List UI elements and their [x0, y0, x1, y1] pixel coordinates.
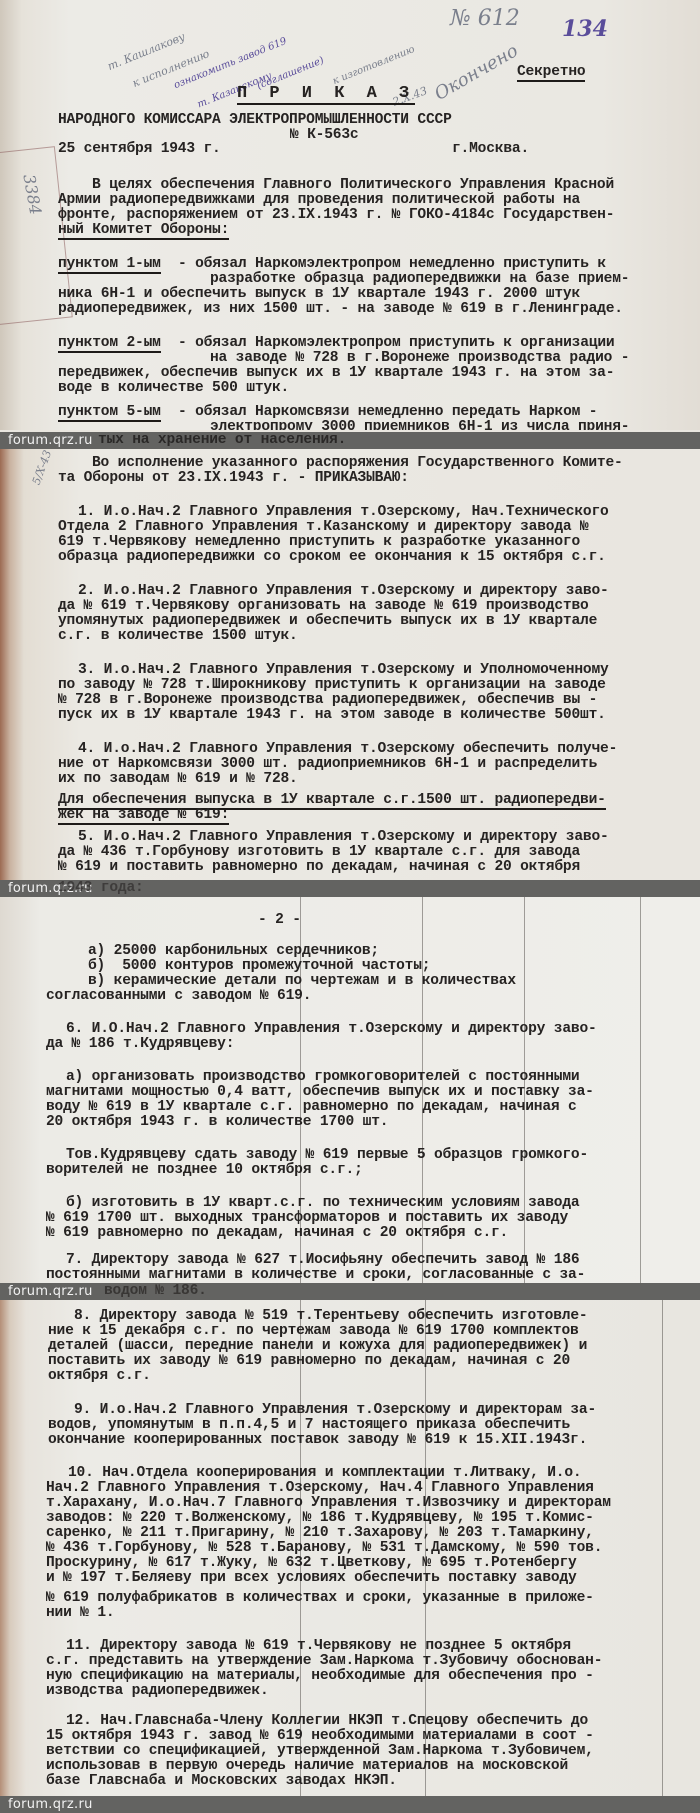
item-line: ную спецификацию на материалы, необходим…: [46, 1668, 594, 1684]
point-line: - обязал Наркомсвязи немедленно передать…: [178, 404, 597, 420]
point-line: - обязал Наркомэлектропром приступить к …: [178, 335, 614, 351]
item-line: № 619 1700 шт. выходных трансформаторов …: [46, 1210, 568, 1226]
order-number: № К-563с: [290, 127, 358, 143]
item-line: 15 октября 1943 г. завод № 619 необходим…: [46, 1728, 594, 1744]
preamble-line: Армии радиопередвижками для проведения п…: [58, 192, 580, 208]
item-line: 2. И.о.Нач.2 Главного Управления т.Озерс…: [78, 583, 609, 599]
item-line: 9. И.о.Нач.2 Главного Управления т.Озерс…: [74, 1402, 596, 1418]
item-line: Отдела 2 Главного Управления т.Казанском…: [58, 519, 589, 535]
item-line: октября с.г.: [48, 1368, 151, 1384]
document-strip-2: 5/X-43 Во исполнение указанного распоряж…: [0, 449, 700, 880]
item-line: Тов.Кудрявцеву сдать заводу № 619 первые…: [66, 1147, 588, 1163]
watermark-bar: forum.qrz.ru: [0, 1796, 700, 1813]
page-marker: - 2 -: [258, 912, 301, 928]
item-line: использовав в первую очередь наличие мат…: [46, 1758, 568, 1774]
item-line: 20 октября 1943 г. в количестве 1700 шт.: [46, 1114, 388, 1130]
item-line: постоянными магнитами в количестве и сро…: [46, 1267, 585, 1283]
item-line: ние от Наркомсвязи 3000 шт. радиоприемни…: [58, 756, 597, 772]
item-line: № 619 полуфабрикатов в количествах и сро…: [46, 1590, 594, 1606]
item-line: 3. И.о.Нач.2 Главного Управления т.Озерс…: [78, 662, 609, 678]
item-line: да № 619 т.Червякову организовать на зав…: [58, 598, 589, 614]
point-label: пунктом 1-ым: [58, 256, 161, 274]
item-line: поставить их заводу № 619 равномерно по …: [48, 1353, 570, 1369]
item-line: № 619 и поставить равномерно по декадам,…: [58, 859, 580, 875]
item-line: нии № 1.: [46, 1605, 114, 1621]
point-label: пунктом 5-ым: [58, 404, 161, 422]
secrecy-label: Секретно: [517, 64, 585, 82]
item-line: окончание кооперированных поставок завод…: [48, 1432, 587, 1448]
item-line: 10. Нач.Отдела кооперирования и комплект…: [68, 1465, 581, 1481]
point-line: на заводе № 728 в г.Воронеже производств…: [210, 350, 629, 366]
item-line: их по заводам № 619 и № 728.: [58, 771, 298, 787]
item-line: 6. И.О.Нач.2 Главного Управления т.Озерс…: [66, 1021, 597, 1037]
point-line: разработке образца радиопередвижки на ба…: [210, 271, 629, 287]
item-line: 1. И.о.Нач.2 Главного Управления т.Озерс…: [78, 504, 609, 520]
item-line: Нач.2 Главного Управления т.Озерскому, Н…: [46, 1480, 594, 1496]
subitem-line: б) 5000 контуров промежуточной частоты;: [88, 958, 430, 974]
item-line: ние к 15 декабря с.г. по чертежам завода…: [48, 1323, 579, 1339]
intro-line: Во исполнение указанного распоряжения Го…: [92, 455, 623, 471]
point-line: - обязал Наркомэлектропром немедленно пр…: [178, 256, 606, 272]
item-line: № 619 равномерно по декадам, начиная с 2…: [46, 1225, 508, 1241]
item-line: да № 436 т.Горбунову изготовить в 1У ква…: [58, 844, 580, 860]
item-line: 11. Директору завода № 619 т.Червякову н…: [66, 1638, 571, 1654]
document-strip-3: - 2 - а) 25000 карбонильных сердечников;…: [0, 897, 700, 1283]
order-date: 25 сентября 1943 г.: [58, 141, 221, 157]
subitem-line: согласованными с заводом № 619.: [46, 988, 311, 1004]
item-line: по заводу № 728 т.Широкникову приступить…: [58, 677, 606, 693]
scanned-order-document: № 612 134 т. Кашлакову к исполнению озна…: [0, 0, 700, 1813]
item-line: 619 т.Червякову немедленно приступить к …: [58, 534, 580, 550]
item-line: Проскурину, № 617 т.Жуку, № 632 т.Цветко…: [46, 1555, 577, 1571]
point-label: пунктом 2-ым: [58, 335, 161, 353]
document-strip-4: 8. Директору завода № 519 т.Терентьеву о…: [0, 1300, 700, 1796]
item-line: да № 186 т.Кудрявцеву:: [46, 1036, 234, 1052]
handwritten-signature: Окончено: [431, 40, 522, 105]
point-line: передвижек, обеспечив выпуск их в 1У ква…: [58, 365, 614, 381]
order-place: г.Москва.: [452, 141, 529, 157]
item-line: пуск их в 1У квартале 1943 г. на этом за…: [58, 707, 606, 723]
section-heading: жек на заводе № 619:: [58, 807, 229, 825]
subitem-line: в) керамические детали по чертежам и в к…: [88, 973, 516, 989]
handwritten-note: к изготовлению: [331, 44, 416, 87]
document-subtitle: НАРОДНОГО КОМИССАРА ЭЛЕКТРОПРОМЫШЛЕННОСТ…: [58, 112, 452, 128]
preamble-line: В целях обеспечения Главного Политическо…: [92, 177, 614, 193]
document-strip-1: № 612 134 т. Кашлакову к исполнению озна…: [0, 0, 700, 430]
item-line: 12. Нач.Главснаба-Члену Коллегии НКЭП т.…: [66, 1713, 588, 1729]
point-line: электропрому 3000 приемников 6Н-1 из чис…: [210, 419, 629, 430]
subitem-line: а) 25000 карбонильных сердечников;: [88, 943, 379, 959]
point-line: радиопередвижек, из них 1500 шт. - на за…: [58, 301, 623, 317]
item-line: саренко, № 211 т.Пригарину, № 210 т.Заха…: [46, 1525, 594, 1541]
item-line: 7. Директору завода № 627 т.Иосифьяну об…: [66, 1252, 579, 1268]
intro-line: та Обороны от 23.IX.1943 г. - ПРИКАЗЫВАЮ…: [58, 470, 409, 486]
item-line: с.г. в количестве 1500 штук.: [58, 628, 298, 644]
document-title: П Р И К А З: [237, 84, 415, 105]
item-line: а) организовать производство громкоговор…: [66, 1069, 579, 1085]
item-line: водов, упомянутым в п.п.4,5 и 7 настояще…: [48, 1417, 570, 1433]
item-line: заводов: № 220 т.Волженскому, № 186 т.Ку…: [46, 1510, 594, 1526]
item-line: магнитами мощностью 0,4 ватт, обеспечив …: [46, 1084, 594, 1100]
item-line: т.Харахану, И.о.Нач.7 Главного Управлени…: [46, 1495, 611, 1511]
preamble-line: фронте, распоряжением от 23.IX.1943 г. №…: [58, 207, 614, 223]
item-line: упомянутых радиопередвижек и обеспечить …: [58, 613, 597, 629]
item-line: № 436 т.Горбунову, № 528 т.Баранову, № 5…: [46, 1540, 602, 1556]
item-line: с.г. представить на утверждение Зам.Нарк…: [46, 1653, 602, 1669]
item-line: деталей (шасси, передние панели и кожуха…: [48, 1338, 587, 1354]
preamble-line: ный Комитет Обороны:: [58, 222, 229, 240]
item-line: водом № 186.: [104, 1283, 207, 1299]
item-line: и № 197 т.Беляеву при всех условиях обес…: [46, 1570, 577, 1586]
item-line: 8. Директору завода № 519 т.Терентьеву о…: [74, 1308, 587, 1324]
item-line: б) изготовить в 1У кварт.с.г. по техниче…: [66, 1195, 579, 1211]
item-line: 4. И.о.Нач.2 Главного Управления т.Озерс…: [78, 741, 617, 757]
item-line: образца радиопередвижки со сроком ее око…: [58, 549, 606, 565]
item-line: ворителей не позднее 10 октября с.г.;: [46, 1162, 363, 1178]
item-line: № 728 в г.Воронеже производства радиопер…: [58, 692, 597, 708]
item-line: изводства радиопередвижек.: [46, 1683, 269, 1699]
item-line: воду № 619 в 1У квартале с.г. равномерно…: [46, 1099, 577, 1115]
point-line: ника 6Н-1 и обеспечить выпуск в 1У кварт…: [58, 286, 580, 302]
item-line: базе Главснаба и Московских заводах НКЭП…: [46, 1773, 397, 1789]
item-line: 1943 года:: [58, 880, 144, 896]
item-line: 5. И.о.Нач.2 Главного Управления т.Озерс…: [78, 829, 609, 845]
handwritten-number: № 612: [450, 6, 520, 31]
point-line: воде в количестве 500 штук.: [58, 380, 289, 396]
item-line: ветствии со спецификацией, утвержденной …: [46, 1743, 594, 1759]
margin-note: 5/X-43: [30, 449, 54, 487]
sheet-number: 134: [562, 16, 608, 42]
point-line: тых на хранение от населения.: [98, 432, 346, 448]
